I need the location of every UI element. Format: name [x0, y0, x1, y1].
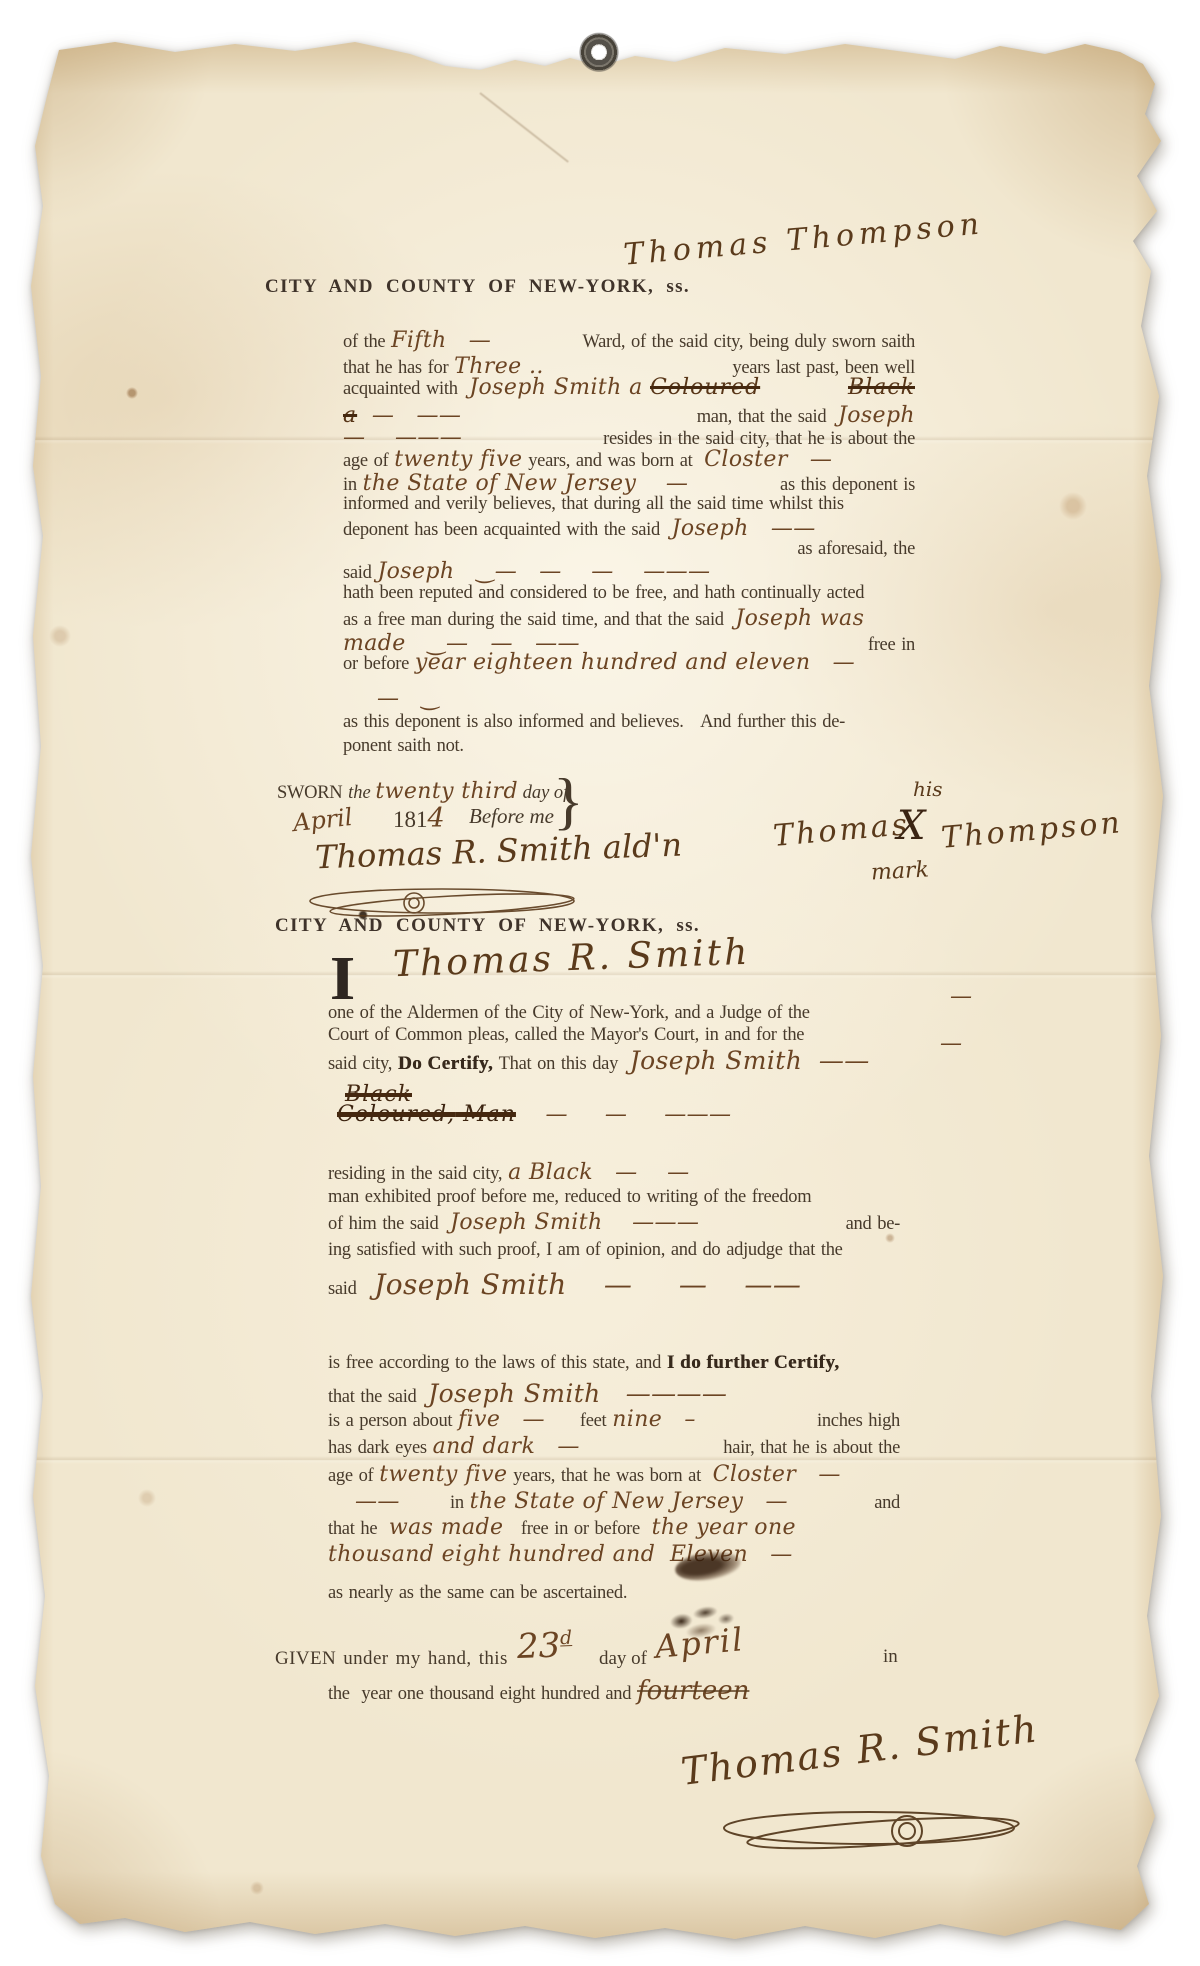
printed-text: and be-	[846, 1214, 900, 1235]
printed-form-line: man exhibited proof before me, reduced t…	[328, 1187, 900, 1208]
printed-form-line: that he was made free in or before the y…	[328, 1515, 900, 1540]
signature-thomas-thompson-top: Thomas Thompson	[622, 206, 985, 272]
alderman-name-fill: Thomas R. Smith	[392, 932, 751, 985]
printed-text: Ward, of the said city, being duly sworn…	[582, 332, 915, 353]
printed-text: that the said	[328, 1387, 428, 1408]
printed-text: as a free man during the said time, and …	[343, 610, 735, 631]
in-label: in	[883, 1646, 898, 1668]
handwritten-text: — ‿	[377, 686, 440, 711]
printed-text: ing satisfied with such proof, I am of o…	[328, 1240, 843, 1261]
handwritten-dashes: — ‿	[377, 686, 949, 711]
handwritten-text: the year one	[652, 1515, 796, 1540]
signature-thomas-r-smith-alderman: Thomas R. Smith ald'n	[314, 826, 682, 877]
printed-text: and	[874, 1493, 900, 1514]
handwritten-text: Joseph Smith ——	[630, 1046, 870, 1075]
document-photo: CITY AND COUNTY OF NEW-YORK, ss. Thomas …	[0, 0, 1200, 1966]
handwritten-text: Black	[848, 375, 915, 400]
printed-text: or before	[343, 654, 415, 675]
handwritten-text: five —	[458, 1407, 545, 1432]
sworn-year: 1814	[393, 803, 445, 834]
printed-form-line: as aforesaid, the	[343, 539, 915, 560]
printed-form-line: —— in the State of New Jersey —and	[355, 1489, 900, 1514]
handwritten-text: Joseph ‿— — — ———	[377, 559, 710, 584]
handwritten-text: Coloured,	[337, 1102, 455, 1127]
day-suffix: d	[560, 1628, 573, 1649]
handwritten-text: nine –	[612, 1407, 696, 1432]
printed-text: acquainted with	[343, 379, 469, 400]
handwritten-text: Fifth —	[391, 328, 491, 353]
handwritten-text: and dark —	[433, 1434, 580, 1459]
printed-form-line: as a free man during the said time, and …	[343, 606, 915, 631]
handwritten-text: twenty five	[379, 1462, 507, 1487]
printed-text: in	[343, 475, 363, 496]
printed-text: years, that he was born at	[507, 1466, 712, 1487]
printed-text: age of	[328, 1466, 379, 1487]
handwritten-text: Joseph Smith a	[469, 375, 650, 400]
printed-form-line: said city, Do Certify, That on this day …	[328, 1046, 900, 1075]
printed-text: said city,	[328, 1054, 398, 1075]
printed-form-line: is free according to the laws of this st…	[328, 1352, 900, 1374]
printed-form-line: or before year eighteen hundred and elev…	[343, 650, 915, 675]
crossed-out-words: Coloured, Man — — ———	[337, 1102, 909, 1127]
dropcap-I: I	[330, 948, 354, 1010]
printed-text: one of the Aldermen of the City of New-Y…	[328, 1003, 810, 1024]
given-day: 23d	[516, 1625, 573, 1667]
handwritten-text: twenty third	[375, 779, 518, 804]
handwritten-text: Closter —	[704, 447, 832, 472]
handwritten-text: Joseph Smith ———	[450, 1210, 699, 1235]
printed-form-line: acquainted with Joseph Smith a ColouredB…	[343, 375, 915, 400]
printed-form-line: said Joseph Smith — — ——	[328, 1268, 900, 1301]
handwritten-text: was made	[389, 1515, 504, 1540]
handwritten-text: year eighteen hundred and eleven —	[415, 650, 855, 675]
printed-text: residing in the said city,	[328, 1164, 508, 1185]
printed-form-line: as this deponent is also informed and be…	[343, 712, 915, 733]
printed-form-line: of the Fifth —Ward, of the said city, be…	[343, 328, 915, 353]
printed-text: free in or before	[503, 1519, 651, 1540]
printed-text: as this deponent is	[780, 475, 915, 496]
printed-text: informed and verily believes, that durin…	[343, 494, 844, 515]
given-clause: GIVEN under my hand, this	[275, 1648, 508, 1670]
mark-label: mark	[870, 858, 929, 886]
printed-text: hath been reputed and considered to be f…	[343, 583, 864, 604]
printed-text: the	[348, 783, 375, 804]
printed-text: as this deponent is also informed and be…	[343, 712, 845, 733]
day-number: 23	[516, 1625, 561, 1666]
printed-text: has dark eyes	[328, 1438, 433, 1459]
printed-text: ponent saith not.	[343, 736, 464, 757]
printed-form-line: of him the said Joseph Smith ———and be-	[328, 1210, 900, 1235]
document-content: CITY AND COUNTY OF NEW-YORK, ss. Thomas …	[25, 36, 1167, 1948]
stray-dash: —	[950, 984, 972, 1009]
signature-thomas-r-smith-bottom: Thomas R. Smith	[679, 1706, 1041, 1794]
metal-grommet-icon	[577, 32, 621, 76]
handwritten-text: Closter —	[713, 1462, 841, 1487]
printed-text: age of	[343, 451, 394, 472]
printed-form-line: informed and verily believes, that durin…	[343, 494, 915, 515]
handwritten-text: the State of New Jersey —	[470, 1489, 788, 1514]
x-mark: X	[897, 803, 925, 849]
printed-text: is a person about	[328, 1411, 458, 1432]
printed-text: of him the said	[328, 1214, 450, 1235]
sworn-month: April	[292, 803, 354, 837]
printed-text: Do Certify,	[398, 1053, 493, 1075]
printed-form-line: age of twenty five years, that he was bo…	[328, 1462, 900, 1487]
day-of-label: day of	[599, 1648, 647, 1670]
stray-dash: —	[940, 1031, 962, 1056]
printed-text: hair, that he is about the	[723, 1438, 900, 1459]
printed-text: as nearly as the same can be ascertained…	[328, 1583, 627, 1604]
handwritten-text: fourteen	[637, 1676, 749, 1706]
printed-form-line: age of twenty five years, and was born a…	[343, 447, 915, 472]
printed-form-line: ponent saith not.	[343, 736, 915, 757]
printed-text: feet	[545, 1411, 612, 1432]
handwritten-text: Joseph Smith ————	[428, 1379, 727, 1408]
handwritten-text: Joseph ——	[672, 516, 816, 541]
year-printed-digits: 181	[393, 807, 428, 832]
printed-form-line: in the State of New Jersey —as this depo…	[343, 471, 915, 496]
witness-first-name: Thomas	[772, 807, 912, 854]
printed-text: is free according to the laws of this st…	[328, 1353, 667, 1374]
year-handwritten-digit: 4	[428, 803, 445, 834]
printed-text: Court of Common pleas, called the Mayor'…	[328, 1025, 804, 1046]
handwritten-text: Man	[455, 1102, 516, 1127]
printed-text: man exhibited proof before me, reduced t…	[328, 1187, 811, 1208]
printed-text: said	[343, 563, 377, 584]
printed-form-line: ing satisfied with such proof, I am of o…	[328, 1240, 900, 1261]
printed-form-line: one of the Aldermen of the City of New-Y…	[328, 1003, 900, 1024]
handwritten-text: Joseph Smith — — ——	[374, 1268, 801, 1301]
printed-form-line: has dark eyes and dark —hair, that he is…	[328, 1434, 900, 1459]
signature-flourish	[717, 1802, 1029, 1860]
certificate-heading: CITY AND COUNTY OF NEW-YORK, ss.	[275, 915, 700, 937]
handwritten-text: the State of New Jersey —	[363, 471, 689, 496]
handwritten-text: twenty five	[394, 447, 522, 472]
printed-text: of the	[343, 332, 391, 353]
printed-form-line: the year one thousand eight hundred and …	[328, 1676, 900, 1706]
printed-text: I do further Certify,	[667, 1352, 840, 1374]
handwritten-text: ——	[355, 1489, 444, 1514]
printed-form-line: residing in the said city, a Black — —	[328, 1160, 900, 1185]
paper-shadow: CITY AND COUNTY OF NEW-YORK, ss. Thomas …	[0, 0, 1200, 1966]
printed-text: that he	[328, 1519, 389, 1540]
handwritten-line: thousand eight hundred and Eleven —	[328, 1542, 900, 1567]
printed-text: SWORN	[277, 783, 348, 804]
printed-form-line: said Joseph ‿— — — ———	[343, 559, 915, 584]
printed-text: as aforesaid, the	[797, 539, 915, 560]
paper-sheet: CITY AND COUNTY OF NEW-YORK, ss. Thomas …	[25, 36, 1167, 1948]
printed-text: the year one thousand eight hundred and	[328, 1684, 637, 1705]
printed-form-line: deponent has been acquainted with the sa…	[343, 516, 915, 541]
printed-text: said	[328, 1279, 374, 1300]
printed-text: in	[444, 1493, 469, 1514]
witness-last-name: Thompson	[940, 805, 1124, 856]
before-me-label: Before me	[469, 804, 554, 829]
printed-text: inches high	[817, 1411, 900, 1432]
printed-text: deponent has been acquainted with the sa…	[343, 520, 672, 541]
witness-mark-block: his Thomas X Thompson mark	[745, 771, 1165, 911]
printed-text: years, and was born at	[522, 451, 704, 472]
handwritten-text: a Black — —	[508, 1160, 689, 1185]
printed-form-line: Court of Common pleas, called the Mayor'…	[328, 1025, 900, 1046]
handwritten-text: Joseph was	[735, 606, 864, 631]
given-month: April	[654, 1620, 746, 1666]
printed-form-line: is a person about five — feet nine –inch…	[328, 1407, 900, 1432]
affidavit-heading: CITY AND COUNTY OF NEW-YORK, ss.	[265, 276, 690, 298]
printed-form-line: hath been reputed and considered to be f…	[343, 583, 915, 604]
printed-text: That on this day	[493, 1054, 630, 1075]
printed-form-line: that the said Joseph Smith ————	[328, 1379, 900, 1408]
curly-brace: }	[553, 769, 584, 833]
handwritten-text: — — ———	[516, 1102, 732, 1127]
printed-form-line: as nearly as the same can be ascertained…	[328, 1583, 900, 1604]
his-label: his	[913, 777, 943, 801]
handwritten-text: Coloured	[650, 375, 760, 400]
